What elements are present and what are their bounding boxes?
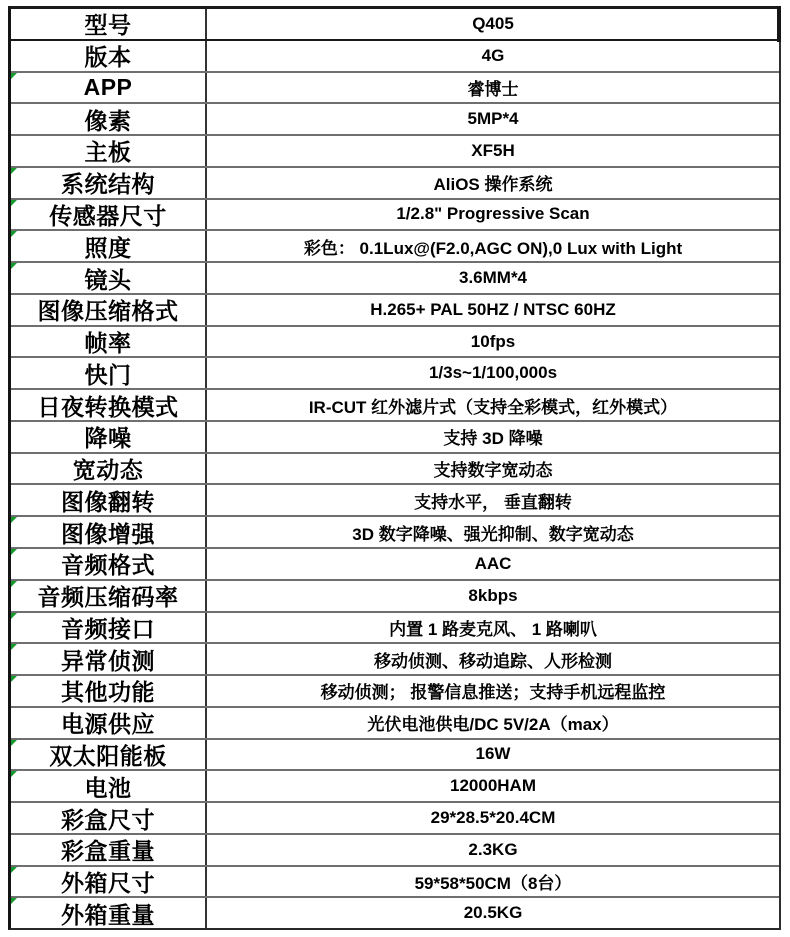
comment-marker-icon (11, 581, 17, 587)
spec-value-cell: 1/3s~1/100,000s (207, 358, 779, 388)
spec-label-cell: 快门 (11, 358, 207, 388)
spec-value-cell: AAC (207, 549, 779, 579)
spec-label: 彩盒尺寸 (61, 803, 155, 833)
spec-value-cell: 59*58*50CM（8台） (207, 867, 779, 897)
spec-label-cell: 音频格式 (11, 549, 207, 579)
spec-value-cell: 支持数字宽动态 (207, 454, 779, 484)
spec-value-cell: 彩色： 0.1Lux@(F2.0,AGC ON),0 Lux with Ligh… (207, 231, 779, 261)
spec-label: 系统结构 (61, 168, 155, 198)
spec-value-cell: XF5H (207, 136, 779, 166)
spec-label: 图像增强 (61, 517, 155, 547)
spec-value-cell: 8kbps (207, 581, 779, 611)
spec-value-cell: AliOS 操作系统 (207, 168, 779, 198)
spec-label-cell: 宽动态 (11, 454, 207, 484)
spec-value-cell: 1/2.8" Progressive Scan (207, 200, 779, 230)
spec-label-cell: 电池 (11, 771, 207, 801)
spec-value-cell: 5MP*4 (207, 104, 779, 134)
comment-marker-icon (11, 771, 17, 777)
spec-label-cell: 传感器尺寸 (11, 200, 207, 230)
spec-label-cell: 外箱重量 (11, 898, 207, 928)
spec-label: 外箱重量 (61, 898, 155, 928)
spec-label-cell: 照度 (11, 231, 207, 261)
spec-label-cell: 外箱尺寸 (11, 867, 207, 897)
spec-value: 3.6MM*4 (459, 268, 527, 288)
spec-value: 16W (476, 744, 511, 764)
spec-value: H.265+ PAL 50HZ / NTSC 60HZ (370, 300, 615, 320)
spec-label: 像素 (85, 104, 132, 134)
spec-value: 1/2.8" Progressive Scan (396, 204, 589, 224)
spec-value: 12000HAM (450, 776, 536, 796)
spec-label-cell: 其他功能 (11, 676, 207, 706)
spec-label-cell: 降噪 (11, 422, 207, 452)
spec-label-cell: 彩盒尺寸 (11, 803, 207, 833)
table-row: 彩盒重量 2.3KG (11, 835, 779, 867)
spec-label: 帧率 (85, 327, 132, 357)
comment-marker-icon (11, 73, 17, 79)
spec-label: 音频格式 (61, 549, 155, 579)
table-row: APP 睿博士 (11, 73, 779, 105)
spec-value: AAC (475, 554, 512, 574)
comment-marker-icon (11, 263, 17, 269)
spec-value: 29*28.5*20.4CM (431, 808, 556, 828)
spec-label-cell: 帧率 (11, 327, 207, 357)
table-row: 宽动态 支持数字宽动态 (11, 454, 779, 486)
spec-value-cell: 16W (207, 740, 779, 770)
spec-label: 外箱尺寸 (61, 867, 155, 897)
table-row: 外箱重量 20.5KG (11, 898, 779, 928)
spec-label-cell: 双太阳能板 (11, 740, 207, 770)
table-row: 彩盒尺寸 29*28.5*20.4CM (11, 803, 779, 835)
table-row: 其他功能 移动侦测； 报警信息推送；支持手机远程监控 (11, 676, 779, 708)
table-row: 像素 5MP*4 (11, 104, 779, 136)
spec-label-cell: 像素 (11, 104, 207, 134)
spec-label-cell: 图像压缩格式 (11, 295, 207, 325)
comment-marker-icon (11, 867, 17, 873)
spec-value: 支持水平， 垂直翻转 (414, 488, 572, 513)
spec-sheet-page: 型号 Q405 版本 4G APP 睿博士 像素 5MP*4 (0, 0, 790, 937)
spec-label-cell: 系统结构 (11, 168, 207, 198)
spec-value: 5MP*4 (467, 109, 518, 129)
spec-label: 其他功能 (61, 676, 155, 706)
spec-value: 1/3s~1/100,000s (429, 363, 557, 383)
comment-marker-icon (11, 517, 17, 523)
spec-label: 照度 (85, 231, 132, 261)
comment-marker-icon (11, 613, 17, 619)
spec-label: 彩盒重量 (61, 835, 155, 865)
table-row: 异常侦测 移动侦测、移动追踪、人形检测 (11, 644, 779, 676)
spec-label: 图像翻转 (61, 485, 155, 515)
spec-label-cell: 音频压缩码率 (11, 581, 207, 611)
table-row: 镜头 3.6MM*4 (11, 263, 779, 295)
spec-label: 主板 (85, 136, 132, 166)
spec-value-cell: 29*28.5*20.4CM (207, 803, 779, 833)
spec-value-cell: 4G (207, 41, 779, 71)
spec-label-cell: 图像翻转 (11, 485, 207, 515)
table-row: 快门 1/3s~1/100,000s (11, 358, 779, 390)
spec-value: IR-CUT 红外滤片式（支持全彩模式，红外模式） (309, 393, 677, 418)
table-row: 日夜转换模式 IR-CUT 红外滤片式（支持全彩模式，红外模式） (11, 390, 779, 422)
spec-value-cell: 20.5KG (207, 898, 779, 928)
spec-label-cell: 异常侦测 (11, 644, 207, 674)
spec-label: 镜头 (85, 263, 132, 293)
table-row: 外箱尺寸 59*58*50CM（8台） (11, 867, 779, 899)
table-row: 音频压缩码率 8kbps (11, 581, 779, 613)
spec-label: 型号 (85, 9, 132, 39)
spec-value: 移动侦测； 报警信息推送；支持手机远程监控 (321, 678, 666, 703)
table-row: 音频接口 内置 1 路麦克风、 1 路喇叭 (11, 613, 779, 645)
spec-value-cell: 光伏电池供电/DC 5V/2A（max） (207, 708, 779, 738)
spec-label: 快门 (85, 358, 132, 388)
spec-value-cell: Q405 (207, 9, 779, 39)
table-row: 版本 4G (11, 41, 779, 73)
spec-label-cell: 图像增强 (11, 517, 207, 547)
table-row: 电源供应 光伏电池供电/DC 5V/2A（max） (11, 708, 779, 740)
spec-value-cell: 3D 数字降噪、强光抑制、数字宽动态 (207, 517, 779, 547)
spec-value: Q405 (472, 14, 514, 34)
comment-marker-icon (11, 676, 17, 682)
table-row: 系统结构 AliOS 操作系统 (11, 168, 779, 200)
spec-label-cell: APP (11, 73, 207, 103)
spec-label-cell: 电源供应 (11, 708, 207, 738)
spec-value: 4G (482, 46, 505, 66)
comment-marker-icon (11, 231, 17, 237)
table-row: 音频格式 AAC (11, 549, 779, 581)
spec-value-cell: 10fps (207, 327, 779, 357)
spec-value-cell: 内置 1 路麦克风、 1 路喇叭 (207, 613, 779, 643)
table-row: 传感器尺寸 1/2.8" Progressive Scan (11, 200, 779, 232)
table-row: 降噪 支持 3D 降噪 (11, 422, 779, 454)
spec-value-cell: IR-CUT 红外滤片式（支持全彩模式，红外模式） (207, 390, 779, 420)
spec-label: 图像压缩格式 (38, 295, 179, 325)
spec-value-cell: 2.3KG (207, 835, 779, 865)
spec-value-cell: 睿博士 (207, 73, 779, 103)
spec-value-cell: 3.6MM*4 (207, 263, 779, 293)
table-row: 照度 彩色： 0.1Lux@(F2.0,AGC ON),0 Lux with L… (11, 231, 779, 263)
spec-value: 2.3KG (468, 840, 517, 860)
spec-value: 光伏电池供电/DC 5V/2A（max） (367, 710, 618, 735)
spec-label: 电源供应 (61, 708, 155, 738)
spec-label: 传感器尺寸 (49, 200, 167, 230)
table-row: 图像增强 3D 数字降噪、强光抑制、数字宽动态 (11, 517, 779, 549)
spec-value: AliOS 操作系统 (433, 170, 552, 195)
spec-value: 10fps (471, 332, 515, 352)
spec-value-cell: 支持 3D 降噪 (207, 422, 779, 452)
spec-value: XF5H (471, 141, 514, 161)
spec-label-cell: 镜头 (11, 263, 207, 293)
spec-label: 音频接口 (61, 613, 155, 643)
spec-label: 电池 (85, 771, 132, 801)
spec-value: 59*58*50CM（8台） (415, 869, 572, 894)
spec-label: 音频压缩码率 (38, 581, 179, 611)
spec-value: 3D 数字降噪、强光抑制、数字宽动态 (352, 520, 633, 545)
comment-marker-icon (11, 168, 17, 174)
spec-value: 睿博士 (468, 75, 519, 100)
table-row: 帧率 10fps (11, 327, 779, 359)
spec-value: 支持数字宽动态 (434, 456, 553, 481)
spec-label: 版本 (85, 41, 132, 71)
spec-value: 彩色： 0.1Lux@(F2.0,AGC ON),0 Lux with Ligh… (304, 234, 682, 259)
spec-label: 异常侦测 (61, 644, 155, 674)
spec-label-cell: 型号 (11, 9, 207, 39)
spec-label-cell: 音频接口 (11, 613, 207, 643)
spec-label-cell: 版本 (11, 41, 207, 71)
table-row: 电池 12000HAM (11, 771, 779, 803)
spec-value: 支持 3D 降噪 (443, 424, 542, 449)
spec-label: 双太阳能板 (49, 740, 167, 770)
table-row: 图像压缩格式 H.265+ PAL 50HZ / NTSC 60HZ (11, 295, 779, 327)
spec-table: 型号 Q405 版本 4G APP 睿博士 像素 5MP*4 (8, 6, 781, 930)
spec-value: 内置 1 路麦克风、 1 路喇叭 (389, 615, 597, 640)
spec-value-cell: 支持水平， 垂直翻转 (207, 485, 779, 515)
spec-value: 20.5KG (464, 903, 523, 923)
comment-marker-icon (11, 898, 17, 904)
spec-label-cell: 主板 (11, 136, 207, 166)
spec-label-cell: 日夜转换模式 (11, 390, 207, 420)
table-row: 型号 Q405 (11, 9, 779, 41)
spec-label: 日夜转换模式 (38, 390, 179, 420)
spec-label-cell: 彩盒重量 (11, 835, 207, 865)
spec-label: 宽动态 (73, 454, 144, 484)
table-row: 双太阳能板 16W (11, 740, 779, 772)
spec-value: 移动侦测、移动追踪、人形检测 (374, 647, 612, 672)
spec-value-cell: H.265+ PAL 50HZ / NTSC 60HZ (207, 295, 779, 325)
table-row: 图像翻转 支持水平， 垂直翻转 (11, 485, 779, 517)
spec-label: 降噪 (85, 422, 132, 452)
spec-value-cell: 移动侦测； 报警信息推送；支持手机远程监控 (207, 676, 779, 706)
comment-marker-icon (11, 740, 17, 746)
comment-marker-icon (11, 200, 17, 206)
spec-value: 8kbps (468, 586, 517, 606)
comment-marker-icon (11, 549, 17, 555)
comment-marker-icon (11, 644, 17, 650)
table-row: 主板 XF5H (11, 136, 779, 168)
spec-value-cell: 12000HAM (207, 771, 779, 801)
spec-value-cell: 移动侦测、移动追踪、人形检测 (207, 644, 779, 674)
spec-label: APP (84, 74, 133, 101)
